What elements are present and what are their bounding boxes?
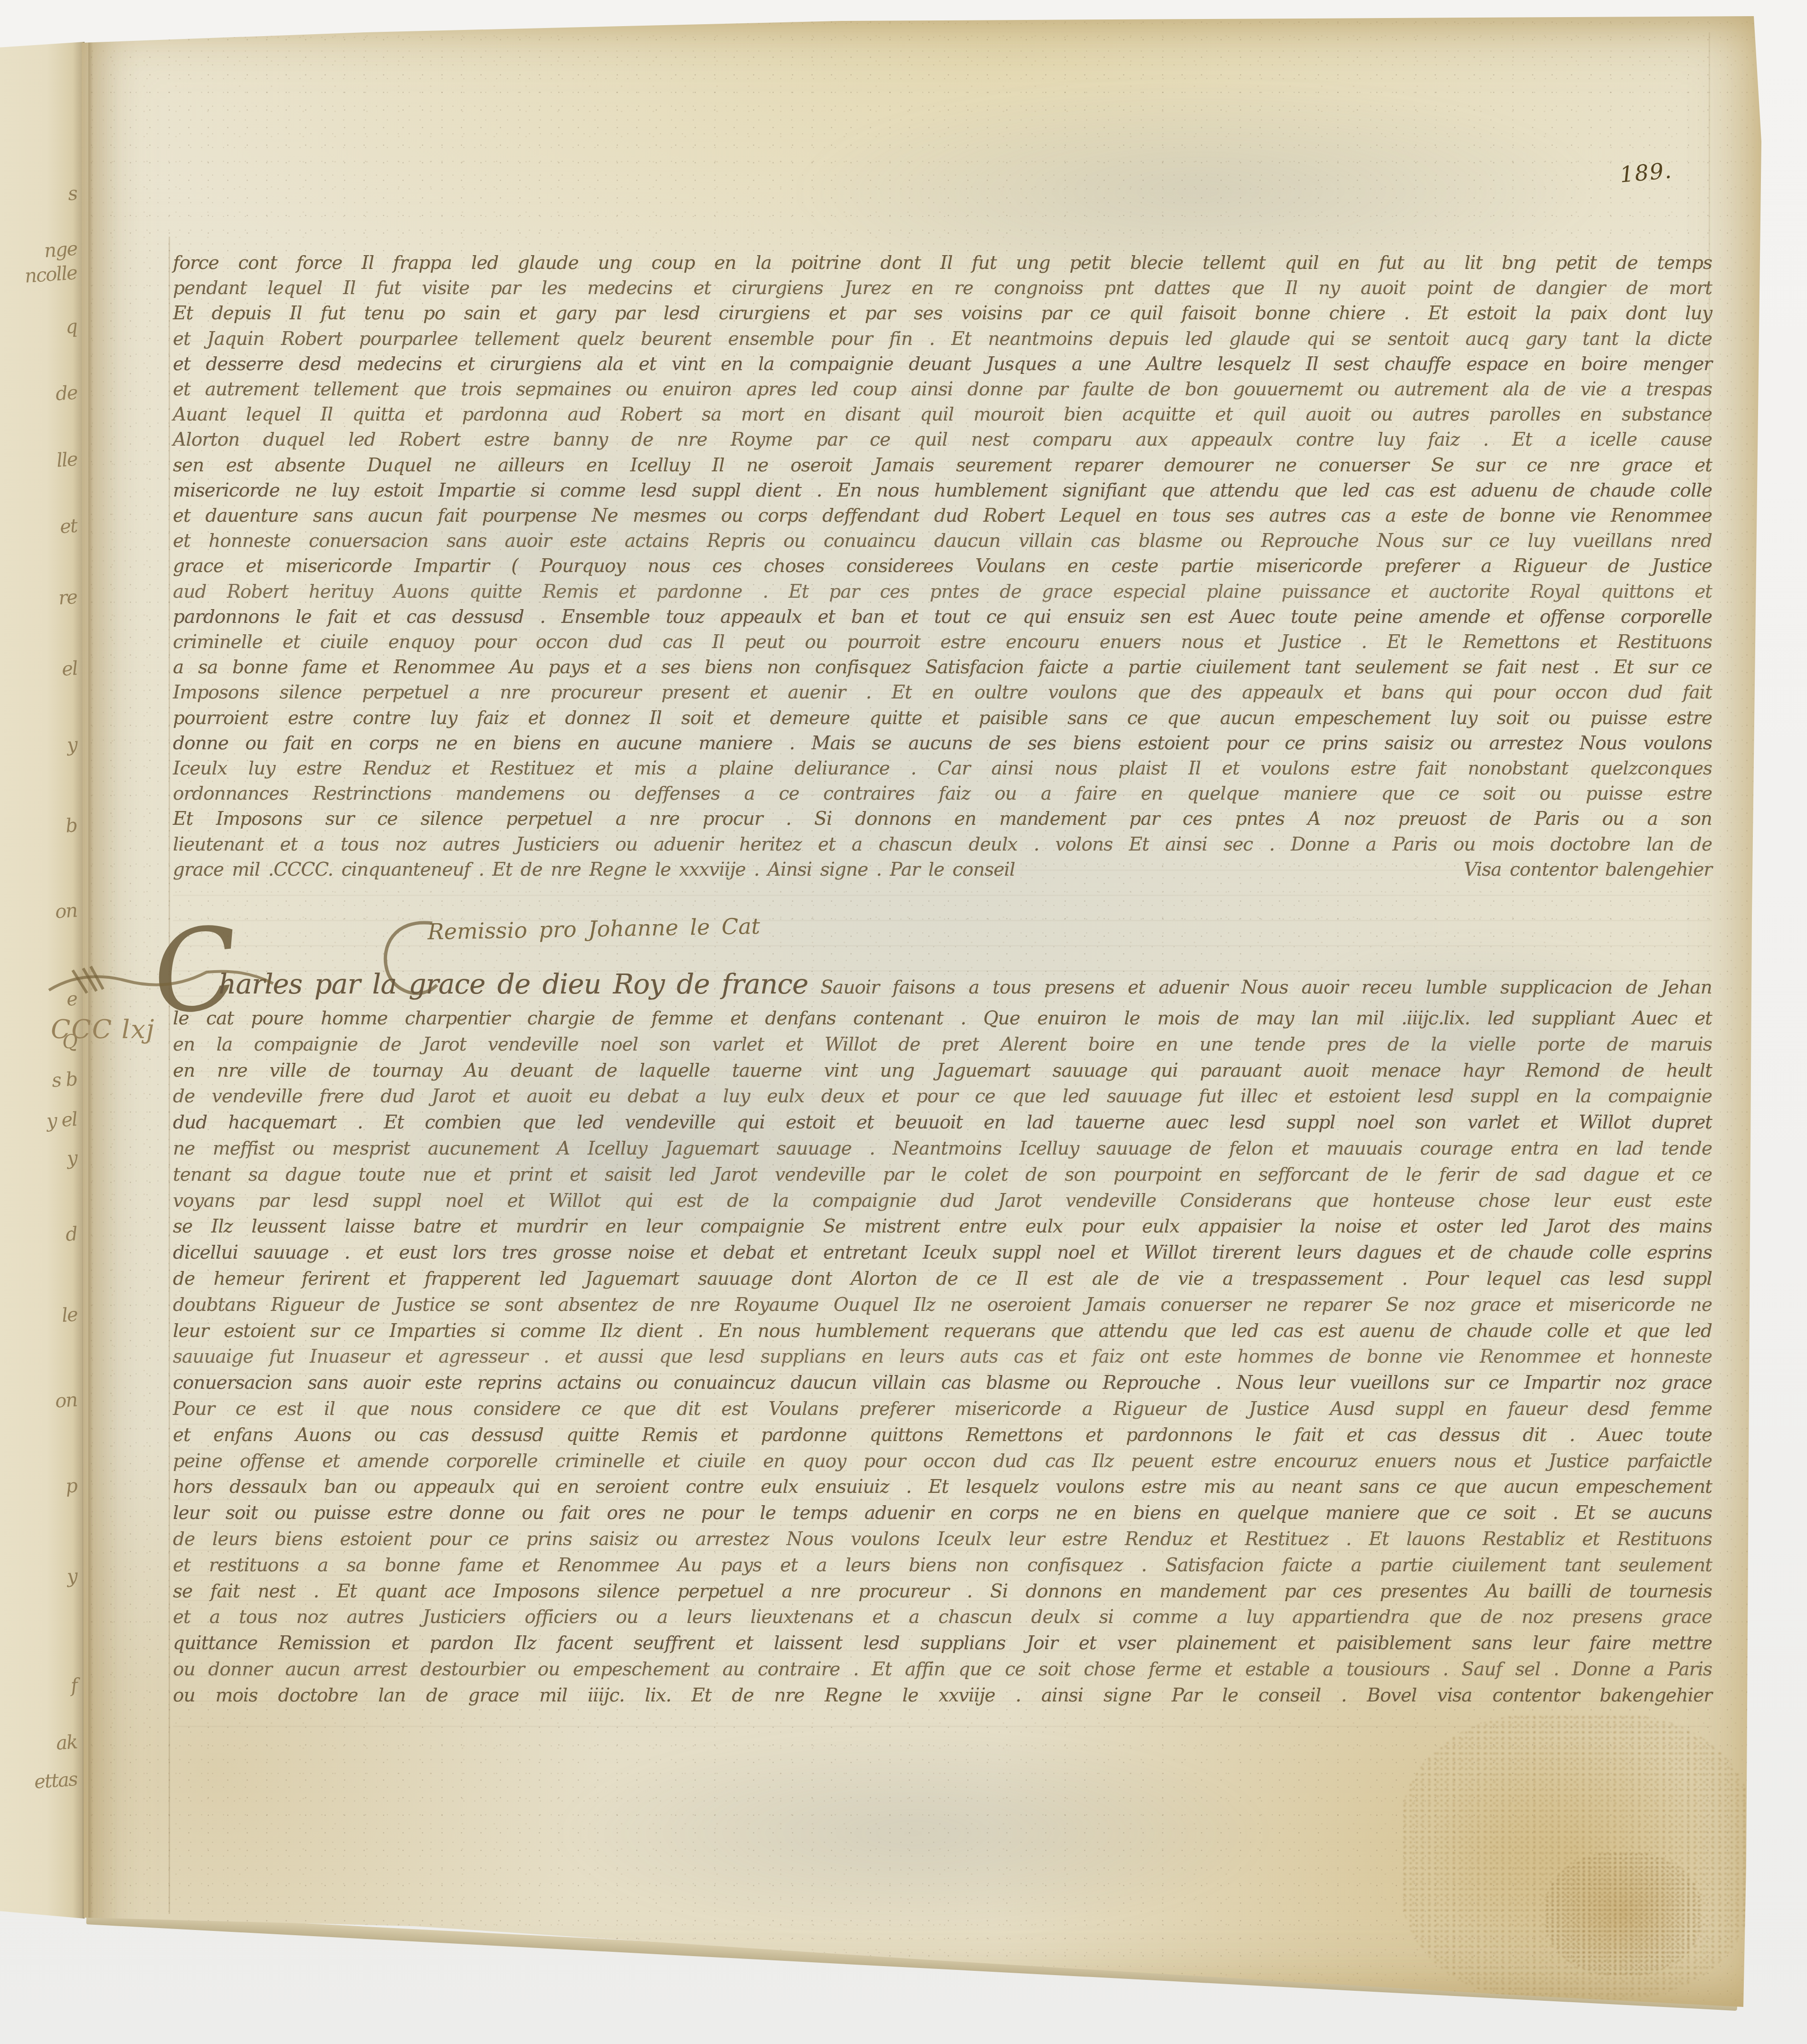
- manuscript-text-line: force cont force Il frappa led glaude un…: [173, 250, 1712, 276]
- edge-text-fragment: nge: [44, 239, 78, 261]
- manuscript-text-line: leur estoient sur ce Imparties si comme …: [173, 1318, 1712, 1345]
- manuscript-text-line: en la compaignie de Jarot vendeville noe…: [173, 1032, 1712, 1058]
- royal-intitulation: harles par la grace de dieu Roy de franc…: [219, 963, 808, 1005]
- manuscript-text-line: tenant sa dague toute nue et print et sa…: [173, 1162, 1712, 1188]
- edge-text-fragment: p: [65, 1476, 77, 1496]
- manuscript-text-line: leur soit ou puisse estre donne ou fait …: [173, 1500, 1712, 1527]
- edge-text-fragment: d: [65, 1224, 77, 1244]
- manuscript-text-line: conuersacion sans auoir este reprins act…: [173, 1370, 1712, 1396]
- edge-text-fragment: on: [55, 1390, 78, 1411]
- manuscript-text-line: Et depuis Il fut tenu po sain et gary pa…: [173, 301, 1712, 326]
- manuscript-text-line: de hemeur ferirent et frapperent led Jag…: [173, 1266, 1712, 1292]
- entry1-remission-text: force cont force Il frappa led glaude un…: [173, 250, 1712, 882]
- manuscript-text-line: et honneste conuersacion sans auoir este…: [173, 528, 1712, 554]
- manuscript-text-line: Pour ce est il que nous considere ce que…: [173, 1396, 1712, 1423]
- manuscript-text-line: voyans par lesd suppl noel et Willot qui…: [173, 1188, 1712, 1214]
- edge-text-fragment: y: [67, 1148, 77, 1168]
- manuscript-text-line: donne ou fait en corps ne en biens en au…: [173, 731, 1712, 756]
- manuscript-text-line: pardonnons le fait et cas dessusd . Ense…: [173, 604, 1712, 630]
- manuscript-text-line: et a tous noz autres Justiciers officier…: [173, 1605, 1712, 1631]
- manuscript-text-line: ordonnances Restrinctions mandemens ou d…: [173, 781, 1712, 806]
- manuscript-text-line: pendant lequel Il fut visite par les med…: [173, 276, 1712, 301]
- manuscript-text-line: sen est absente Duquel ne ailleurs en Ic…: [173, 453, 1712, 478]
- manuscript-text-line: le cat poure homme charpentier chargie d…: [173, 1006, 1712, 1032]
- manuscript-text-line: Imposons silence perpetuel a nre procure…: [173, 680, 1712, 705]
- manuscript-text-line: et dauenture sans aucun fait pourpense N…: [173, 503, 1712, 528]
- manuscript-text-line: peine offense et amende corporelle crimi…: [173, 1449, 1712, 1475]
- manuscript-text-line: pourroient estre contre luy faiz et donn…: [173, 706, 1712, 731]
- manuscript-text-line: ne meffist ou mesprist aucunement A Icel…: [173, 1136, 1712, 1162]
- manuscript-page: 189. force cont force Il frappa led glau…: [82, 13, 1766, 2012]
- edge-text-fragment: ncolle: [24, 263, 77, 286]
- manuscript-text-line: grace et misericorde Impartir ( Pourquoy…: [173, 554, 1712, 579]
- edge-text-fragment: ak: [56, 1733, 78, 1753]
- edge-text-fragment: et: [59, 516, 77, 536]
- manuscript-text-line: de leurs biens estoient pour ce prins sa…: [173, 1527, 1712, 1553]
- manuscript-text-line: dud hacquemart . Et combien que led vend…: [173, 1110, 1712, 1136]
- manuscript-text-line: et restituons a sa bonne fame et Renomme…: [173, 1553, 1712, 1579]
- manuscript-text-line: se fait nest . Et quant ace Imposons sil…: [173, 1579, 1712, 1605]
- edge-text-fragment: de: [55, 383, 77, 403]
- edge-text-fragment: y el: [46, 1110, 77, 1131]
- manuscript-text-line: se Ilz leussent laisse batre et murdrir …: [173, 1214, 1712, 1240]
- scanned-manuscript-screenshot: { "page": { "folio_number": "189.", "kin…: [0, 0, 1807, 2044]
- folio-number: 189.: [1619, 159, 1673, 185]
- edge-text-fragment: y: [67, 735, 77, 755]
- notification-formula: Sauoir faisons a tous presens et aduenir…: [820, 966, 1712, 1009]
- manuscript-text-line: Alorton duquel led Robert estre banny de…: [173, 427, 1712, 452]
- parchment-stain: [1545, 1852, 1702, 1976]
- entry1-closing-date: grace mil .CCCC. cinquanteneuf . Et de n…: [173, 857, 1015, 882]
- manuscript-text-line: et Jaquin Robert pourparlee tellement qu…: [173, 326, 1712, 352]
- margin-article-number: CCC lxj: [51, 1017, 155, 1042]
- manuscript-text-line: ou mois doctobre lan de grace mil iiijc.…: [173, 1683, 1712, 1709]
- manuscript-text-line: ou donner aucun arrest destourbier ou em…: [173, 1657, 1712, 1683]
- edge-text-fragment: ettas: [34, 1770, 78, 1792]
- entry2-opening-line: harles par la grace de dieu Roy de franc…: [219, 963, 1712, 1009]
- manuscript-text-line: misericorde ne luy estoit Impartie si co…: [173, 478, 1712, 503]
- entry2-rubric: Remissio pro Johanne le Cat: [428, 914, 761, 944]
- margin-tie-flourish-icon: [45, 956, 278, 1008]
- manuscript-text-line: a sa bonne fame et Renommee Au pays et a…: [173, 655, 1712, 680]
- entry1-visa-note: Visa contentor balengehier: [1464, 857, 1712, 882]
- edge-text-fragment: on: [55, 901, 78, 921]
- entry1-lines: force cont force Il frappa led glaude un…: [173, 250, 1712, 857]
- manuscript-text-line: doubtans Rigueur de Justice se sont abse…: [173, 1292, 1712, 1318]
- edge-text-fragment: el: [61, 659, 77, 679]
- manuscript-text-line: et desserre desd medecins et cirurgiens …: [173, 352, 1712, 377]
- manuscript-text-line: Auant lequel Il quitta et pardonna aud R…: [173, 402, 1712, 427]
- edge-text-fragment: s: [67, 184, 77, 203]
- edge-text-fragment: q: [65, 317, 77, 337]
- manuscript-text-line: et enfans Auons ou cas dessusd quitte Re…: [173, 1423, 1712, 1449]
- entry1-closing-line: grace mil .CCCC. cinquanteneuf . Et de n…: [173, 857, 1712, 882]
- edge-text-fragment: le: [61, 1305, 77, 1325]
- manuscript-text-line: sauuaige fut Inuaseur et agresseur . et …: [173, 1344, 1712, 1370]
- edge-text-fragment: lle: [56, 450, 77, 470]
- manuscript-text-line: hors dessaulx ban ou appeaulx qui en ser…: [173, 1474, 1712, 1500]
- manuscript-text-line: quittance Remission et pardon Ilz facent…: [173, 1631, 1712, 1657]
- manuscript-text-line: en nre ville de tournay Au deuant de laq…: [173, 1058, 1712, 1084]
- edge-text-fragment: s b: [51, 1070, 78, 1090]
- manuscript-text-line: Iceulx luy estre Renduz et Restituez et …: [173, 756, 1712, 781]
- edge-text-fragment: re: [58, 588, 77, 608]
- manuscript-text-line: aud Robert herituy Auons quitte Remis et…: [173, 579, 1712, 604]
- manuscript-text-line: de vendeville frere dud Jarot et auoit e…: [173, 1084, 1712, 1110]
- manuscript-text-line: et autrement tellement que trois sepmain…: [173, 377, 1712, 402]
- verso-showthrough-stain: [557, 1733, 1269, 1933]
- entry2-remission-text: le cat poure homme charpentier chargie d…: [173, 1006, 1712, 1709]
- manuscript-text-line: lieutenant et a tous noz autres Justicie…: [173, 832, 1712, 857]
- manuscript-text-line: criminelle et ciuile enquoy pour occon d…: [173, 630, 1712, 655]
- manuscript-text-line: dicellui sauuage . et eust lors tres gro…: [173, 1240, 1712, 1266]
- manuscript-text-line: Et Imposons sur ce silence perpetuel a n…: [173, 806, 1712, 831]
- edge-text-fragment: b: [65, 816, 77, 836]
- edge-text-fragment: y: [67, 1566, 77, 1586]
- left-margin-rule: [169, 237, 170, 1914]
- edge-text-fragment: f: [70, 1676, 78, 1696]
